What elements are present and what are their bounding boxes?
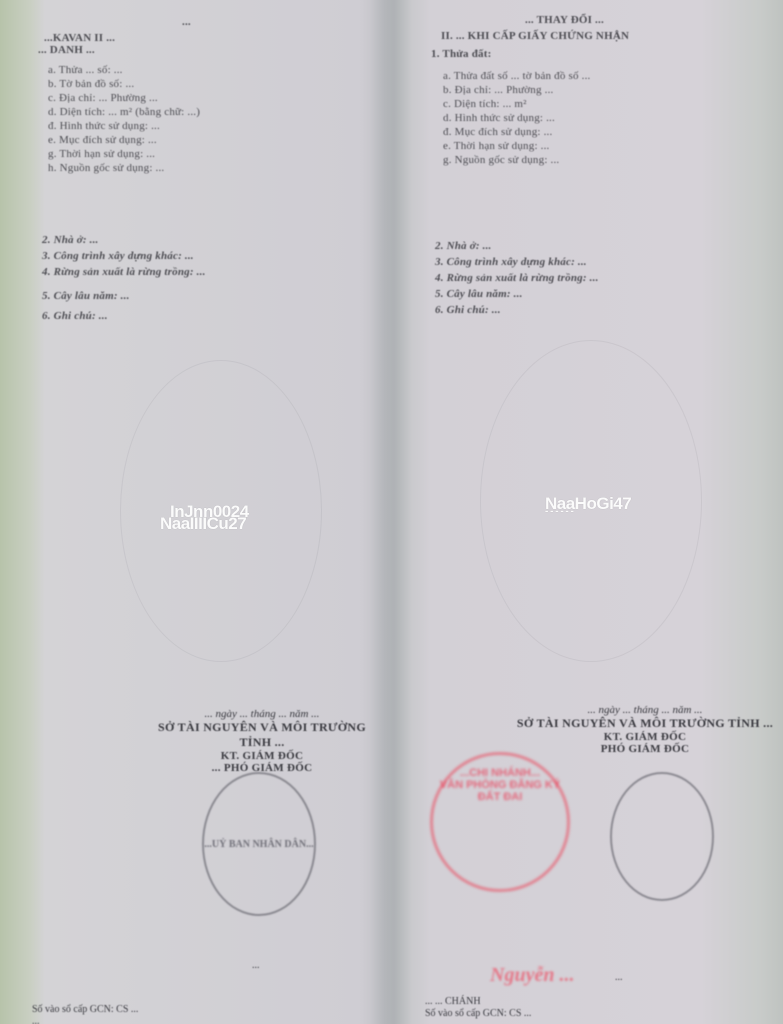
right-body-line: c. Diện tích: ... m² xyxy=(443,98,527,110)
right-page: ... THAY ĐỔI ... II. ... KHI CẤP GIẤY CH… xyxy=(425,12,770,1022)
left-body-line: e. Mục đích sử dụng: ... xyxy=(48,134,157,146)
right-body-line: 6. Ghi chú: ... xyxy=(435,304,501,316)
red-stamp-text: ĐẤT ĐAI xyxy=(478,791,523,803)
left-footer-line: ... xyxy=(32,1016,40,1024)
left-body-line: h. Nguồn gốc sử dụng: ... xyxy=(48,162,164,174)
left-header-line: ... DANH ... xyxy=(38,44,95,56)
left-footer-line: Số vào sổ cấp GCN: CS ... xyxy=(32,1004,138,1015)
right-sign-title: KT. GIÁM ĐỐC xyxy=(515,731,775,743)
right-footer-line: ... ... CHÁNH xyxy=(425,996,481,1007)
red-stamp-text: VĂN PHÒNG ĐĂNG KÝ xyxy=(440,779,560,791)
right-body-line: 5. Cây lâu năm: ... xyxy=(435,288,523,300)
right-body-line: e. Thời hạn sử dụng: ... xyxy=(443,140,550,152)
left-sign-date: ... ngày ... tháng ... năm ... xyxy=(142,708,382,720)
right-body-line: a. Thửa đất số ... tờ bản đồ số ... xyxy=(443,70,591,82)
watermark: InJnn0024 NaaIIIICu27 xyxy=(160,502,249,534)
red-signature: Nguyễn ... xyxy=(490,964,574,987)
left-sign-title: KT. GIÁM ĐỐC xyxy=(142,750,382,762)
left-body-line: đ. Hình thức sử dụng: ... xyxy=(48,120,160,132)
red-official-stamp: ...CHI NHÁNH... VĂN PHÒNG ĐĂNG KÝ ĐẤT ĐA… xyxy=(430,752,570,892)
right-header-line: ... THAY ĐỔI ... xyxy=(525,14,604,26)
left-body-line: d. Diện tích: ... m² (bằng chữ: ...) xyxy=(48,106,200,118)
right-signature-block: ... ngày ... tháng ... năm ... SỞ TÀI NG… xyxy=(515,704,775,755)
left-signature-block: ... ngày ... tháng ... năm ... SỞ TÀI NG… xyxy=(142,708,382,774)
watermark: NaaHoGi47 - - - - - - xyxy=(545,494,631,517)
right-sign-signer: PHÓ GIÁM ĐỐC xyxy=(515,743,775,755)
right-header-line: II. ... KHI CẤP GIẤY CHỨNG NHẬN xyxy=(441,30,629,42)
right-body-line: đ. Mục đích sử dụng: ... xyxy=(443,126,552,138)
red-stamp-text: ...CHI NHÁNH... xyxy=(460,767,540,779)
right-body-line: g. Nguồn gốc sử dụng: ... xyxy=(443,154,559,166)
left-body-line: 6. Ghi chú: ... xyxy=(42,310,108,322)
right-sign-authority: SỞ TÀI NGUYÊN VÀ MÔI TRƯỜNG TỈNH ... xyxy=(515,716,775,731)
right-footer-line: Số vào sổ cấp GCN: CS ... xyxy=(425,1008,531,1019)
right-sign-name: ... xyxy=(615,972,623,983)
left-body-line: b. Tờ bản đồ số: ... xyxy=(48,78,134,90)
left-body-line: c. Địa chỉ: ... Phường ... xyxy=(48,92,158,104)
official-stamp: ...UỶ BAN NHÂN DÂN... xyxy=(202,772,316,916)
right-body-line: d. Hình thức sử dụng: ... xyxy=(443,112,555,124)
right-sign-date: ... ngày ... tháng ... năm ... xyxy=(515,704,775,716)
left-header-line: ... xyxy=(182,16,191,28)
right-body-line: 4. Rừng sản xuất là rừng trồng: ... xyxy=(435,272,599,284)
watermark-line: NaaIIIICu27 xyxy=(160,514,249,534)
left-body-line: 3. Công trình xây dựng khác: ... xyxy=(42,250,194,262)
left-body-line: a. Thửa ... số: ... xyxy=(48,64,123,76)
left-header-line: ...KAVAN II ... xyxy=(44,32,115,44)
left-sign-authority: SỞ TÀI NGUYÊN VÀ MÔI TRƯỜNG TỈNH ... xyxy=(142,720,382,750)
right-body-line: 3. Công trình xây dựng khác: ... xyxy=(435,256,587,268)
left-body-line: 5. Cây lâu năm: ... xyxy=(42,290,130,302)
left-body-line: 4. Rừng sản xuất là rừng trồng: ... xyxy=(42,266,206,278)
left-body-line: 2. Nhà ở: ... xyxy=(42,234,98,246)
left-body-line: g. Thời hạn sử dụng: ... xyxy=(48,148,155,160)
stamp-text: ...UỶ BAN NHÂN DÂN... xyxy=(204,839,313,850)
right-body-line: b. Địa chỉ: ... Phường ... xyxy=(443,84,553,96)
official-stamp xyxy=(610,772,714,901)
left-sign-name: ... xyxy=(252,960,260,971)
right-body-line: 1. Thửa đất: xyxy=(431,48,491,60)
page-fold xyxy=(370,0,430,1024)
right-body-line: 2. Nhà ở: ... xyxy=(435,240,491,252)
